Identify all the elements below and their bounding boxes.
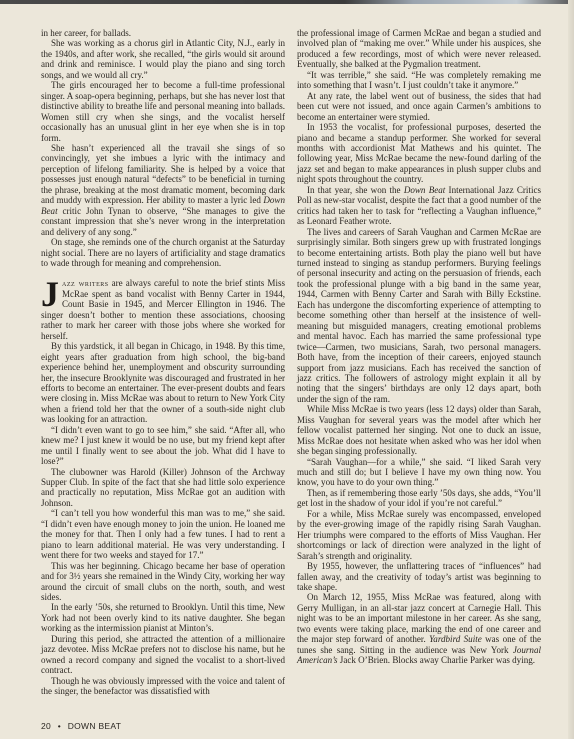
page-number: 20	[41, 721, 51, 731]
paragraph: At any rate, the label went out of busin…	[297, 91, 541, 122]
publication-name: Down Beat	[404, 185, 445, 195]
paragraph: This was her beginning. Chicago became h…	[41, 561, 285, 603]
paragraph: During this period, she attracted the at…	[41, 634, 285, 676]
paragraph: Though he was obviously impressed with t…	[41, 676, 285, 697]
scan-right-edge	[568, 0, 574, 739]
paragraph: She was working as a chorus girl in Atla…	[41, 38, 285, 80]
paragraph: On stage, she reminds one of the church …	[41, 237, 285, 268]
paragraph: In that year, she won the Down Beat Inte…	[297, 185, 541, 227]
scan-top-edge	[0, 0, 574, 4]
section-start-paragraph: Jazz writers are always careful to note …	[41, 278, 285, 341]
paragraph: “It was terrible,” she said. “He was com…	[297, 70, 541, 91]
text: In that year, she won the	[307, 185, 404, 195]
paragraph: “I didn’t even want to go to see him,” s…	[41, 425, 285, 467]
publication-name: DOWN BEAT	[68, 721, 122, 731]
paragraph: By 1955, however, the unflattering trace…	[297, 561, 541, 592]
paragraph: The clubowner was Harold (Killer) Johnso…	[41, 467, 285, 509]
drop-cap: J	[41, 279, 59, 309]
paragraph: On March 12, 1955, Miss McRae was featur…	[297, 592, 541, 665]
paragraph: For a while, Miss McRae surely was encom…	[297, 509, 541, 561]
paragraph: the professional image of Carmen McRae a…	[297, 28, 541, 70]
paragraph: In 1953 the vocalist, for professional p…	[297, 122, 541, 185]
text: critic John Tynan to observe, “She manag…	[41, 206, 285, 237]
paragraph: Then, as if remembering those early ’50s…	[297, 488, 541, 509]
bullet-separator-icon: •	[58, 721, 61, 731]
text: Jack O’Brien. Blocks away Charlie Parker…	[338, 655, 535, 665]
paragraph: While Miss McRae is two years (less 12 d…	[297, 404, 541, 456]
left-column: in her career, for ballads. She was work…	[41, 28, 285, 697]
paragraph: “Sarah Vaughan—for a while,” she said. “…	[297, 457, 541, 488]
right-column: the professional image of Carmen McRae a…	[297, 28, 541, 666]
paragraph: The lives and careers of Sarah Vaughan a…	[297, 227, 541, 405]
text: She hasn’t experienced all the travail s…	[41, 143, 285, 205]
paragraph: By this yardstick, it all began in Chica…	[41, 341, 285, 425]
paragraph: In the early ’50s, she returned to Brook…	[41, 602, 285, 633]
magazine-page: in her career, for ballads. She was work…	[0, 0, 574, 739]
paragraph: She hasn’t experienced all the travail s…	[41, 143, 285, 237]
paragraph: in her career, for ballads.	[41, 28, 285, 38]
paragraph: The girls encouraged her to become a ful…	[41, 80, 285, 143]
lead-in-smallcaps: azz writers	[62, 278, 109, 288]
page-footer: 20 • DOWN BEAT	[41, 721, 121, 731]
paragraph: “I can’t tell you how wonderful this man…	[41, 508, 285, 560]
song-title: Yardbird Suite	[429, 634, 482, 644]
